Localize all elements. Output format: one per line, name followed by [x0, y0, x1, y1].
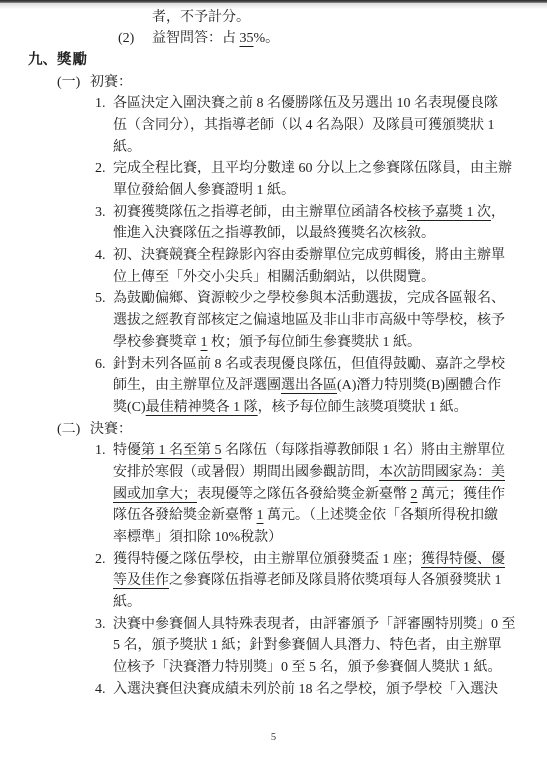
underlined-text: 1: [257, 508, 264, 523]
text-segment: 惟進入決賽隊伍之指導教師，以最終獲獎名次核敘。: [113, 226, 435, 241]
line-text: 學校參賽獎章 1 枚；頒予每位師生參賽獎狀 1 紙。: [113, 332, 547, 354]
line-text: 師生，由主辦單位及評選團選出各區(A)潛力特別獎(B)團體合作: [113, 375, 547, 397]
line-text: 針對未列各區前 8 名或表現優良隊伍，但值得鼓勵、嘉許之學校: [113, 354, 547, 376]
line-text: 單位發給個人參賽證明 1 紙。: [113, 180, 547, 202]
line-text: 入選決賽但決賽成績未列於前 18 名之學校，頒予學校「入選決: [113, 679, 547, 701]
doc-line: (二)決賽：: [0, 419, 547, 441]
doc-line: 安排於寒假（或暑假）期間出國參觀訪問，本次訪問國家為：美: [0, 462, 547, 484]
text-segment: 入選決賽但決賽成績未列於前 18 名之學校，頒予學校「入選決: [113, 682, 498, 697]
text-segment: 決賽：: [90, 422, 132, 437]
line-text: 國或加拿大；表現優等之隊伍各發給獎金新臺幣 2 萬元；獲佳作: [113, 484, 547, 506]
text-segment: 枚；頒予每位師生參賽獎狀 1 紙。: [208, 335, 422, 350]
line-text: 位上傳至「外交小尖兵」相關活動網站，以供閱覽。: [113, 267, 547, 289]
doc-line: 1.各區決定入圍決賽之前 8 名優勝隊伍及另選出 10 名表現優良隊: [0, 93, 547, 115]
line-text: 各區決定入圍決賽之前 8 名優勝隊伍及另選出 10 名表現優良隊: [113, 93, 547, 115]
text-segment: %。: [254, 31, 280, 46]
line-text: 5 名，頒予獎狀 1 紙；針對參賽個人具潛力、特色者，由主辦單: [113, 635, 547, 657]
underlined-text: 本次訪問國家為：美: [379, 465, 505, 480]
line-text: 為鼓勵偏鄉、資源較少之學校參與本活動選拔，完成各區報名、: [113, 288, 547, 310]
doc-line: 者，不予計分。: [0, 7, 547, 29]
list-number: 4.: [95, 679, 106, 701]
line-text: 紙。: [113, 592, 547, 614]
doc-line: 紙。: [0, 137, 547, 159]
doc-line: 隊伍各發給獎金新臺幣 1 萬元。（上述獎金依「各類所得稅扣繳: [0, 505, 547, 527]
text-segment: 益智問答：占: [152, 31, 240, 46]
line-text: 決賽中參賽個人具特殊表現者，由評審頒予「評審團特別獎」0 至: [113, 614, 547, 636]
text-segment: 學校參賽獎章: [113, 335, 201, 350]
line-text: 完成全程比賽，且平均分數達 60 分以上之參賽隊伍隊員，由主辦: [113, 158, 547, 180]
doc-line: 伍（含同分），其指導老師（以 4 名為限）及隊員可獲頒獎狀 1: [0, 115, 547, 137]
text-segment: (A)潛力特別獎(B)團體合作: [337, 378, 501, 393]
list-number: 1.: [95, 93, 106, 115]
text-segment: 特優: [113, 443, 141, 458]
list-number: 6.: [95, 354, 106, 376]
list-number: (2): [118, 28, 134, 50]
text-segment: 名隊伍（每隊指導教師限 1 名）將由主辦單位: [222, 443, 506, 458]
text-segment: 萬元。（上述獎金依「各類所得稅扣繳: [264, 508, 499, 523]
line-text: 益智問答：占 35%。: [152, 28, 547, 50]
doc-line: 國或加拿大；表現優等之隊伍各發給獎金新臺幣 2 萬元；獲佳作: [0, 484, 547, 506]
section-number: 九、: [28, 50, 57, 72]
underlined-text: 核予嘉獎 1 次: [407, 205, 491, 220]
text-segment: 針對未列各區前 8 名或表現優良隊伍，但值得鼓勵、嘉許之學校: [113, 357, 505, 372]
doc-line: 選拔之經教育部核定之偏遠地區及非山非市高級中等學校，核予: [0, 310, 547, 332]
list-number: 2.: [95, 158, 106, 180]
text-segment: 選拔之經教育部核定之偏遠地區及非山非市高級中等學校，核予: [113, 313, 505, 328]
doc-line: (2)益智問答：占 35%。: [0, 28, 547, 50]
text-segment: ，: [491, 205, 505, 220]
line-text: 獎(C)最佳精神獎各 1 隊，核予每位師生該獎項獎狀 1 紙。: [113, 397, 547, 419]
text-segment: 安排於寒假（或暑假）期間出國參觀訪問，: [113, 465, 379, 480]
doc-line: 獎(C)最佳精神獎各 1 隊，核予每位師生該獎項獎狀 1 紙。: [0, 397, 547, 419]
text-segment: 初賽獲獎隊伍之指導老師，由主辦單位函請各校: [113, 205, 407, 220]
text-segment: 獎勵: [57, 52, 88, 68]
line-text: 等及佳作之參賽隊伍指導老師及隊員將依獎項每人各頒發獎狀 1: [113, 570, 547, 592]
list-number: (一): [57, 72, 80, 94]
doc-line: 九、獎勵: [0, 50, 547, 72]
text-segment: 初賽：: [90, 75, 132, 90]
doc-line: 單位發給個人參賽證明 1 紙。: [0, 180, 547, 202]
line-text: 決賽：: [90, 419, 547, 441]
doc-line: 3.初賽獲獎隊伍之指導老師，由主辦單位函請各校核予嘉獎 1 次，: [0, 202, 547, 224]
text-segment: 單位發給個人參賽證明 1 紙。: [113, 183, 295, 198]
list-number: 2.: [95, 549, 106, 571]
text-segment: 為鼓勵偏鄉、資源較少之學校參與本活動選拔，完成各區報名、: [113, 291, 505, 306]
underlined-text: 最佳精神獎各 1 隊: [146, 400, 258, 415]
doc-line: 率標準」須扣除 10%稅款）: [0, 527, 547, 549]
list-number: 3.: [95, 614, 106, 636]
doc-line: (一)初賽：: [0, 72, 547, 94]
doc-line: 6.針對未列各區前 8 名或表現優良隊伍，但值得鼓勵、嘉許之學校: [0, 354, 547, 376]
line-text: 初賽獲獎隊伍之指導老師，由主辦單位函請各校核予嘉獎 1 次，: [113, 202, 547, 224]
text-segment: 初、決賽競賽全程錄影內容由委辦單位完成剪輯後，將由主辦單: [113, 248, 505, 263]
text-segment: 獎(C): [113, 400, 146, 415]
doc-line: 位上傳至「外交小尖兵」相關活動網站，以供閱覽。: [0, 267, 547, 289]
text-segment: 師生，由主辦單位及評選團: [113, 378, 281, 393]
underlined-text: 獲得特優、優: [421, 552, 505, 567]
text-segment: 完成全程比賽，且平均分數達 60 分以上之參賽隊伍隊員，由主辦: [113, 161, 512, 176]
underlined-text: 2: [411, 487, 418, 502]
line-text: 特優第 1 名至第 5 名隊伍（每隊指導教師限 1 名）將由主辦單位: [113, 440, 547, 462]
list-number: (二): [57, 419, 80, 441]
list-number: 3.: [95, 202, 106, 224]
line-text: 伍（含同分），其指導老師（以 4 名為限）及隊員可獲頒獎狀 1: [113, 115, 547, 137]
text-segment: 獲得特優之隊伍學校，由主辦單位頒發獎盃 1 座；: [113, 552, 421, 567]
line-text: 初賽：: [90, 72, 547, 94]
list-number: 4.: [95, 245, 106, 267]
line-text: 選拔之經教育部核定之偏遠地區及非山非市高級中等學校，核予: [113, 310, 547, 332]
doc-line: 等及佳作之參賽隊伍指導老師及隊員將依獎項每人各頒發獎狀 1: [0, 570, 547, 592]
doc-line: 5 名，頒予獎狀 1 紙；針對參賽個人具潛力、特色者，由主辦單: [0, 635, 547, 657]
list-number: 5.: [95, 288, 106, 310]
line-text: 率標準」須扣除 10%稅款）: [113, 527, 547, 549]
underlined-text: 等及佳作: [113, 573, 169, 588]
line-text: 安排於寒假（或暑假）期間出國參觀訪問，本次訪問國家為：美: [113, 462, 547, 484]
text-segment: 率標準」須扣除 10%稅款）: [113, 530, 282, 545]
line-text: 位核予「決賽潛力特別獎」0 至 5 名，頒予參賽個人獎狀 1 紙。: [113, 657, 547, 679]
underlined-text: 第 1 名至第 5: [141, 443, 222, 458]
text-segment: 萬元；獲佳作: [418, 487, 506, 502]
line-text: 獎勵: [57, 50, 547, 72]
text-segment: 紙。: [113, 140, 141, 155]
doc-line: 4.入選決賽但決賽成績未列於前 18 名之學校，頒予學校「入選決: [0, 679, 547, 701]
line-text: 惟進入決賽隊伍之指導教師，以最終獲獎名次核敘。: [113, 223, 547, 245]
doc-line: 5.為鼓勵偏鄉、資源較少之學校參與本活動選拔，完成各區報名、: [0, 288, 547, 310]
document-body: 者，不予計分。(2)益智問答：占 35%。九、獎勵(一)初賽：1.各區決定入圍決…: [0, 7, 547, 701]
text-segment: 伍（含同分），其指導老師（以 4 名為限）及隊員可獲頒獎狀 1: [113, 118, 495, 133]
underlined-text: 35: [240, 31, 254, 46]
doc-line: 學校參賽獎章 1 枚；頒予每位師生參賽獎狀 1 紙。: [0, 332, 547, 354]
text-segment: 之參賽隊伍指導老師及隊員將依獎項每人各頒發獎狀 1: [169, 573, 502, 588]
doc-line: 師生，由主辦單位及評選團選出各區(A)潛力特別獎(B)團體合作: [0, 375, 547, 397]
line-text: 紙。: [113, 137, 547, 159]
doc-line: 位核予「決賽潛力特別獎」0 至 5 名，頒予參賽個人獎狀 1 紙。: [0, 657, 547, 679]
text-segment: 隊伍各發給獎金新臺幣: [113, 508, 257, 523]
doc-line: 4.初、決賽競賽全程錄影內容由委辦單位完成剪輯後，將由主辦單: [0, 245, 547, 267]
underlined-text: 1: [201, 335, 208, 350]
doc-line: 3.決賽中參賽個人具特殊表現者，由評審頒予「評審團特別獎」0 至: [0, 614, 547, 636]
text-segment: 各區決定入圍決賽之前 8 名優勝隊伍及另選出 10 名表現優良隊: [113, 96, 498, 111]
underlined-text: 選出各區: [281, 378, 337, 393]
text-segment: 決賽中參賽個人具特殊表現者，由評審頒予「評審團特別獎」0 至: [113, 617, 516, 632]
underlined-text: 國或加拿大；: [113, 487, 197, 502]
line-text: 初、決賽競賽全程錄影內容由委辦單位完成剪輯後，將由主辦單: [113, 245, 547, 267]
doc-line: 2.獲得特優之隊伍學校，由主辦單位頒發獎盃 1 座；獲得特優、優: [0, 549, 547, 571]
doc-line: 1.特優第 1 名至第 5 名隊伍（每隊指導教師限 1 名）將由主辦單位: [0, 440, 547, 462]
page-number: 5: [0, 732, 547, 743]
text-segment: 位核予「決賽潛力特別獎」0 至 5 名，頒予參賽個人獎狀 1 紙。: [113, 660, 502, 675]
doc-line: 2.完成全程比賽，且平均分數達 60 分以上之參賽隊伍隊員，由主辦: [0, 158, 547, 180]
text-segment: 紙。: [113, 595, 141, 610]
text-segment: 者，不予計分。: [152, 10, 250, 25]
document-page: 者，不予計分。(2)益智問答：占 35%。九、獎勵(一)初賽：1.各區決定入圍決…: [0, 0, 547, 757]
text-segment: 表現優等之隊伍各發給獎金新臺幣: [197, 487, 411, 502]
text-segment: 位上傳至「外交小尖兵」相關活動網站，以供閱覽。: [113, 270, 435, 285]
doc-line: 紙。: [0, 592, 547, 614]
text-segment: ，核予每位師生該獎項獎狀 1 紙。: [258, 400, 468, 415]
line-text: 獲得特優之隊伍學校，由主辦單位頒發獎盃 1 座；獲得特優、優: [113, 549, 547, 571]
line-text: 隊伍各發給獎金新臺幣 1 萬元。（上述獎金依「各類所得稅扣繳: [113, 505, 547, 527]
doc-line: 惟進入決賽隊伍之指導教師，以最終獲獎名次核敘。: [0, 223, 547, 245]
list-number: 1.: [95, 440, 106, 462]
line-text: 者，不予計分。: [152, 7, 547, 29]
text-segment: 5 名，頒予獎狀 1 紙；針對參賽個人具潛力、特色者，由主辦單: [113, 638, 502, 653]
